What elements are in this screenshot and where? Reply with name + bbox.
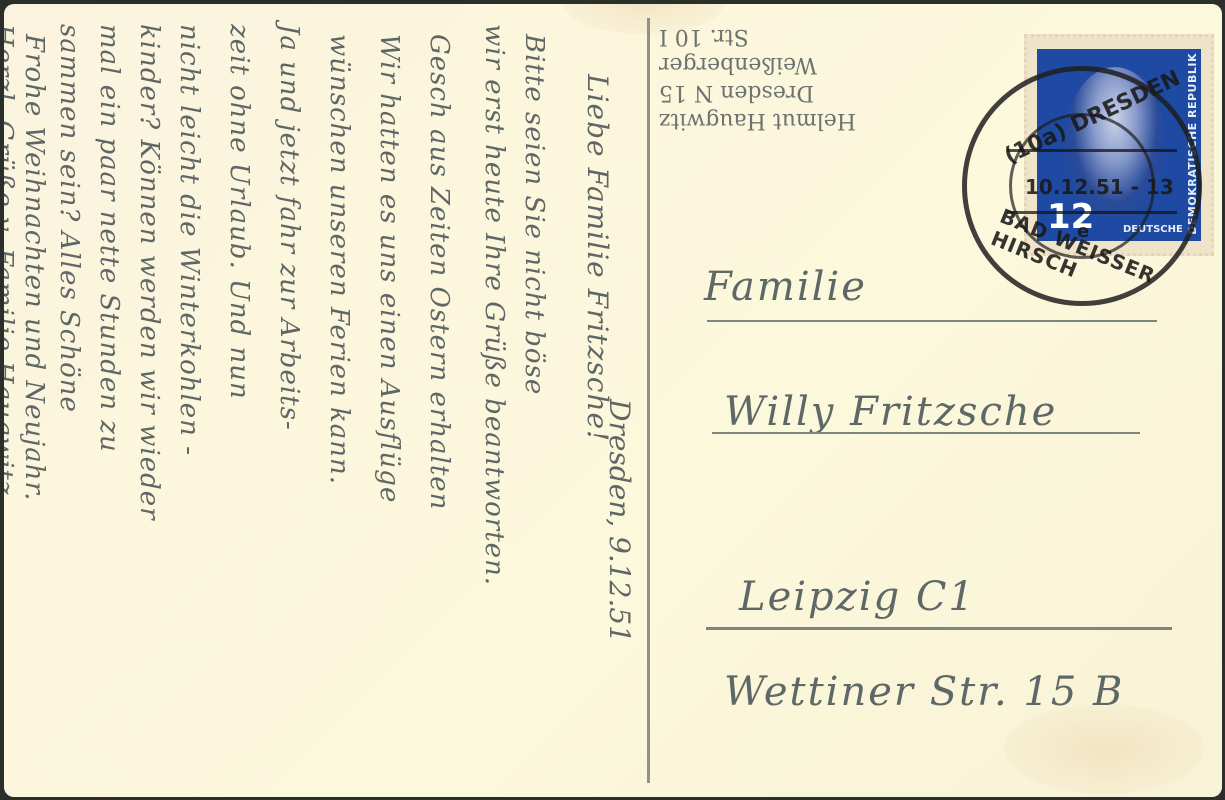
message-line: Wir hatten es uns einen Ausflüge	[374, 34, 404, 503]
message-line: Gesch aus Zeiten Ostern erhalten	[424, 34, 454, 510]
message-line: zeit ohne Urlaub. Und nun	[224, 24, 254, 400]
address-rule	[706, 627, 1172, 630]
cancel-bar	[1007, 211, 1177, 214]
return-address: Helmut Haugwitz Dresden N 15 Weißenberge…	[659, 22, 959, 134]
recipient-line-4: Wettiner Str. 15 B	[724, 669, 1124, 715]
message-line: mal ein paar nette Stunden zu	[94, 24, 124, 453]
message-line: kinder? Können werden wir wieder	[134, 24, 164, 521]
address-rule	[712, 432, 1140, 434]
signature-line: Herzl. Grüße v. Familie Haugwitz	[4, 24, 18, 495]
message-line: wünschen unseren Ferien kann.	[324, 34, 354, 485]
return-address-line: Weißenberger	[659, 50, 959, 78]
return-address-line: Dresden N 15	[659, 78, 959, 106]
center-divider	[647, 18, 650, 783]
address-rule	[707, 320, 1157, 322]
message-line: Bitte seien Sie nicht böse	[519, 34, 549, 395]
recipient-line-2: Willy Fritzsche	[724, 389, 1057, 435]
return-address-line: Helmut Haugwitz	[659, 106, 959, 134]
postcard: Dresden, 9.12.51 Liebe Familie Fritzsche…	[4, 4, 1222, 797]
message-line: wir erst heute Ihre Grüße beantworten.	[479, 24, 509, 586]
paper-stain	[1004, 704, 1204, 794]
message-line: Frohe Weihnachten und Neujahr.	[19, 34, 49, 501]
cancel-bar	[1007, 149, 1177, 152]
message-line: sammen sein? Alles Schöne	[54, 24, 84, 413]
postmark: (10a) DRESDEN 10.12.51 - 13 e BAD WEISSE…	[962, 66, 1202, 306]
recipient-line-1: Familie	[704, 264, 867, 310]
postmark-date: 10.12.51 - 13	[1025, 175, 1174, 199]
message-line: nicht leicht die Winterkohlen -	[174, 24, 204, 456]
message-line: Ja und jetzt fahr zur Arbeits-	[274, 24, 304, 431]
recipient-line-3: Leipzig C1	[739, 574, 976, 620]
salutation: Liebe Familie Fritzsche!	[581, 74, 614, 442]
return-address-line: Str. 10 I	[659, 22, 959, 50]
